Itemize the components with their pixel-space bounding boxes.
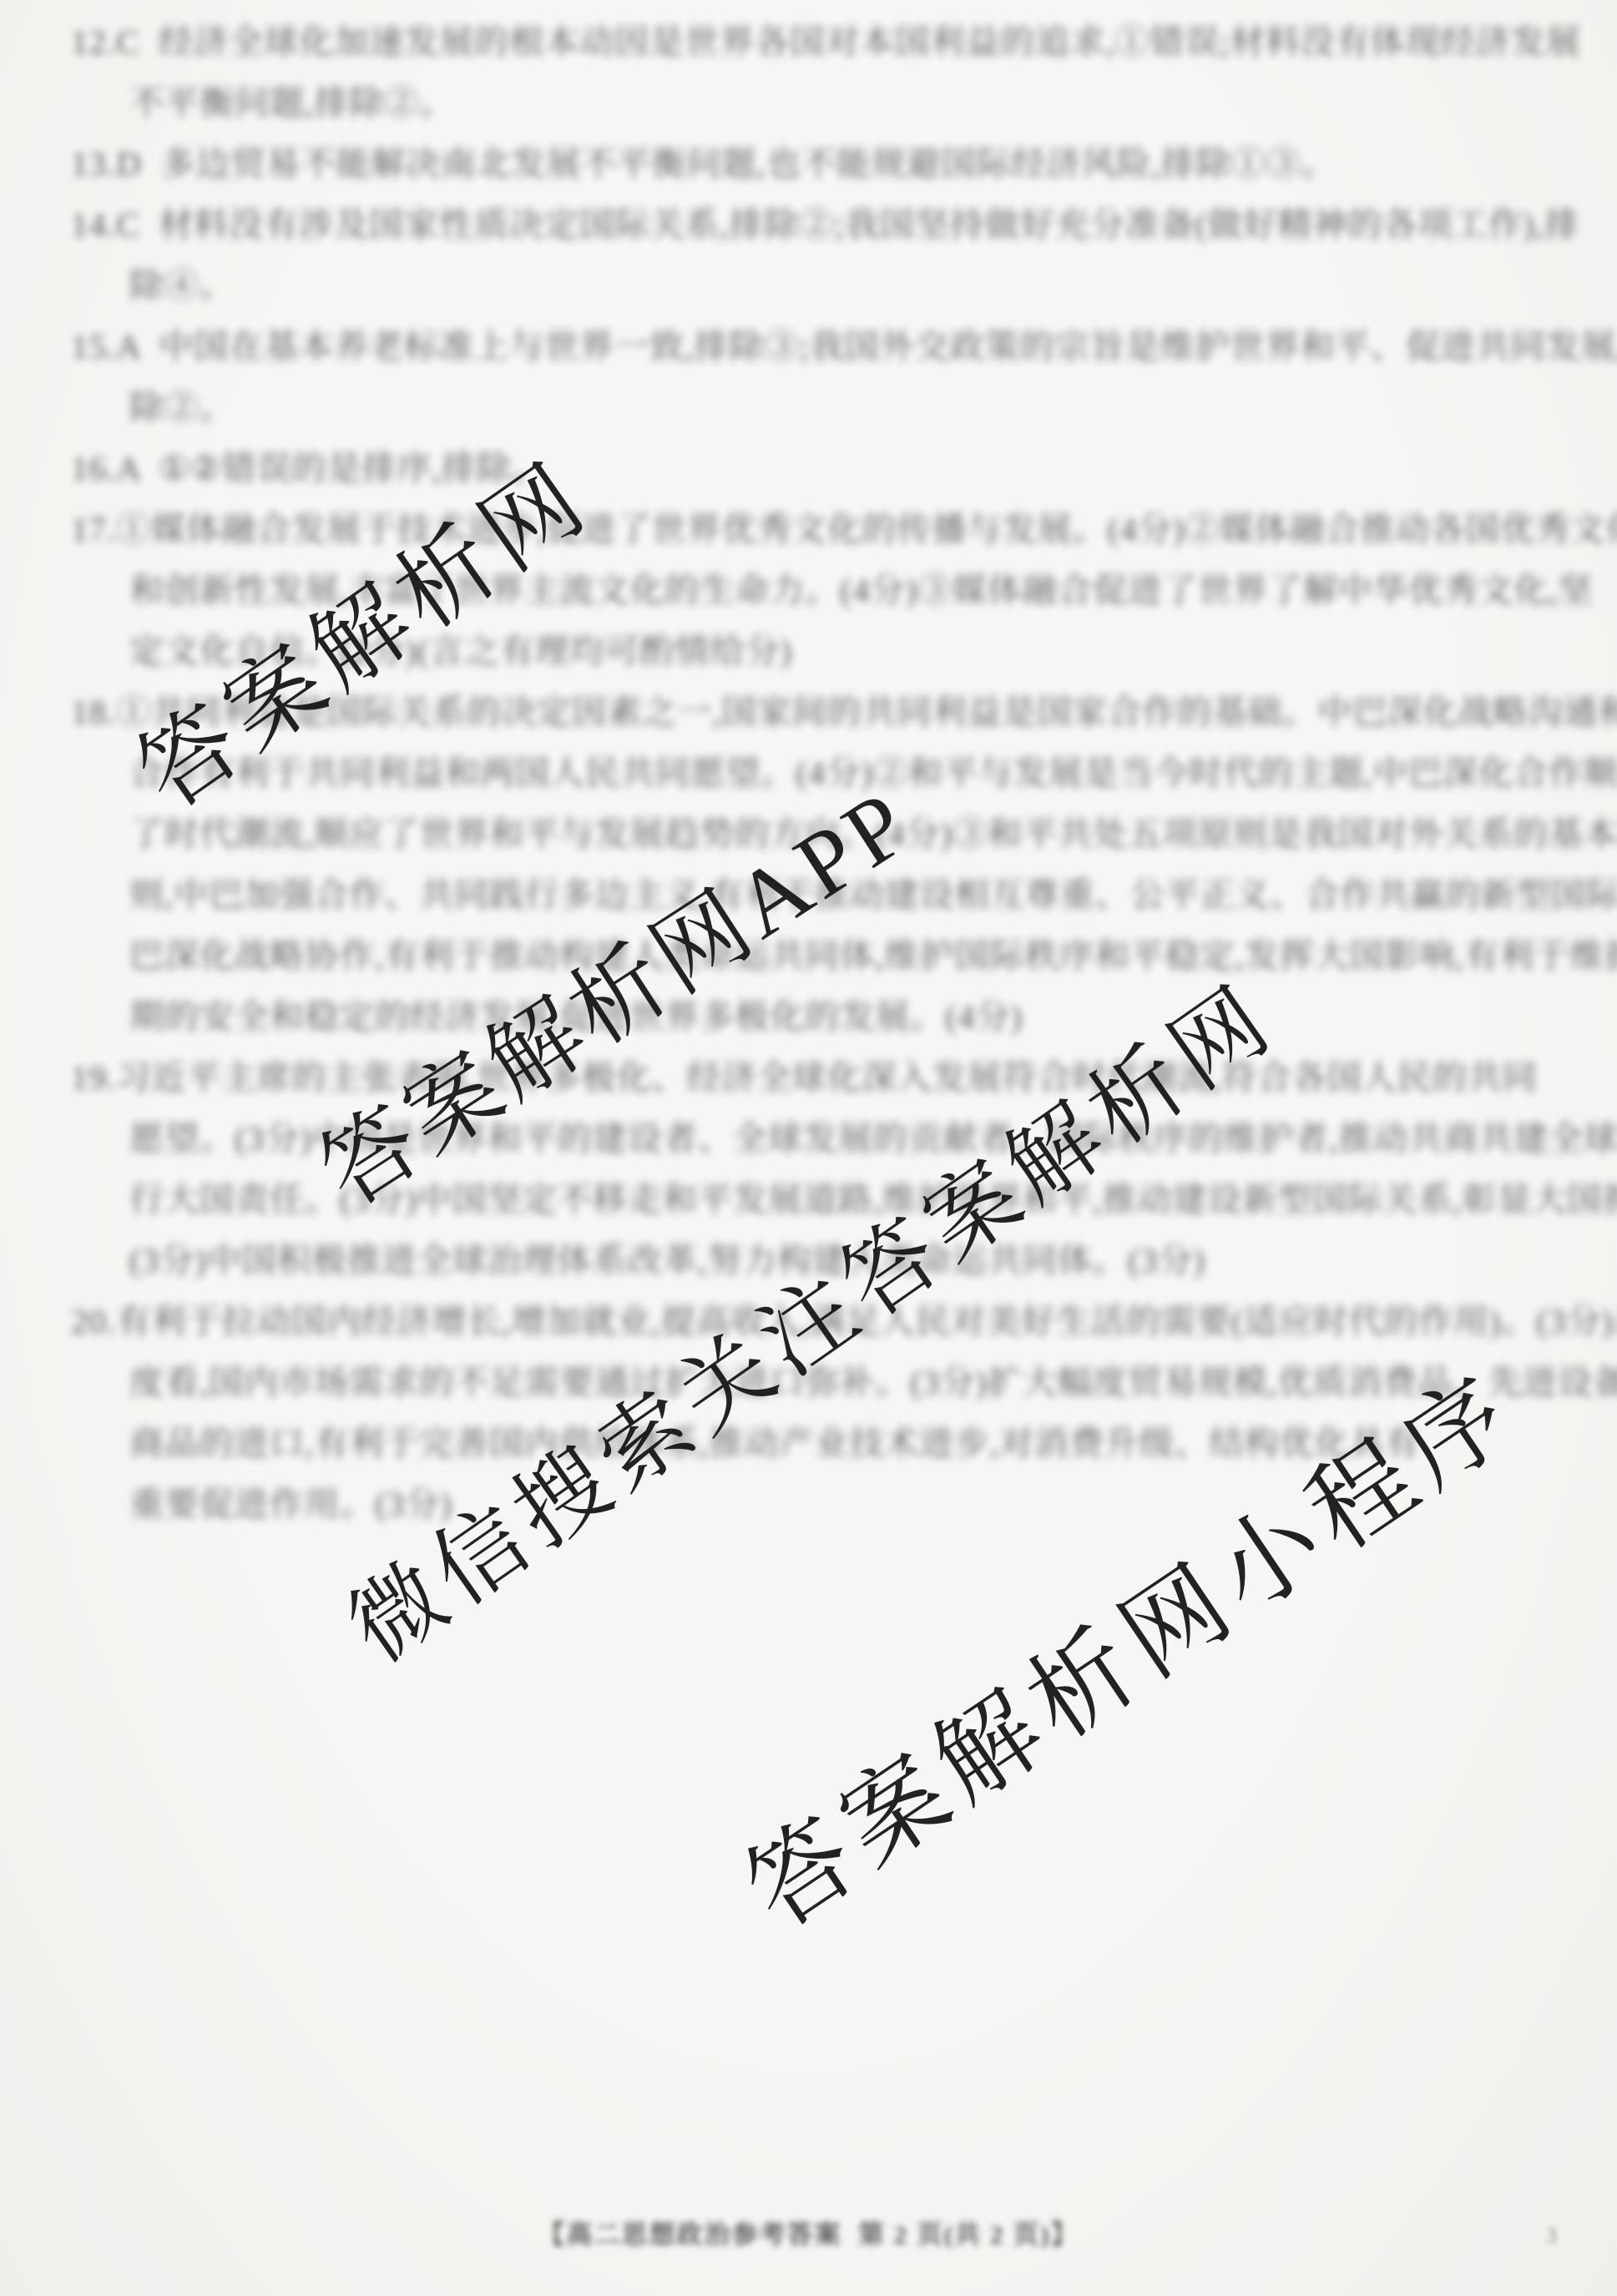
scanned-answer-key-page: 12.C 经济全球化加速发展的根本动因是世界各国对本国利益的追求,①错误;材料没… [0, 0, 1617, 2296]
answer-line: 合作有利于共同利益和两国人民共同愿望。(4分)②和平与发展是当今时代的主题,中巴… [0, 743, 1617, 804]
page-corner-mark: 3 [1546, 2223, 1557, 2248]
answer-line: 13.D 多边贸易不能解决南北发展不平衡问题,也不能规避国际经济风险,排除①③。 [0, 134, 1617, 194]
answer-line: 14.C 材料没有涉及国家性质决定国际关系,排除②;我国坚持做好充分准备(做好精… [0, 194, 1617, 255]
answer-line: 16.A ①②错误的是排序,排除。 [0, 438, 1617, 499]
answer-line: 巴深化战略协作,有利于推动构建人类命运共同体,维护国际秩序和平稳定,发挥大国影响… [0, 926, 1617, 987]
answer-line: 定文化自信。(2分)(言之有理均可酌情给分) [0, 621, 1617, 682]
page-footer: 【高二思想政治参考答案 第 2 页(共 2 页)】 [0, 2213, 1617, 2251]
answer-line: 了时代潮流,顺应了世界和平与发展趋势的方向。(4分)③和平共处五项原则是我国对外… [0, 804, 1617, 865]
answer-line: 则,中巴加强合作、共同践行多边主义,有利于推动建设相互尊重、公平正义、合作共赢的… [0, 865, 1617, 926]
answer-key: 12.C 经济全球化加速发展的根本动因是世界各国对本国利益的追求,①错误;材料没… [0, 12, 1617, 1535]
answer-line: 除④。 [0, 255, 1617, 316]
answer-line: 期的安全和稳定的经济发展,促进世界多极化的发展。(4分) [0, 987, 1617, 1047]
answer-line: 重要促进作用。(3分) [0, 1474, 1617, 1535]
answer-line: 除②。 [0, 377, 1617, 438]
answer-line: 17.①媒体融合发展于技术进步,促进了世界优秀文化的传播与发展。(4分)②媒体融… [0, 499, 1617, 560]
answer-line: 15.A 中国在基本养老标准上与世界一致,排除③;我国外交政策的宗旨是维护世界和… [0, 316, 1617, 377]
answer-line: 愿望。(3分)中国是世界和平的建设者、全球发展的贡献者、国际秩序的维护者,推动共… [0, 1108, 1617, 1169]
answer-line: (3分)中国积极推进全球治理体系改革,努力构建人类命运共同体。(3分) [0, 1230, 1617, 1291]
answer-line: 18.①共同利益是国际关系的决定因素之一,国家间的共同利益是国家合作的基础。中巴… [0, 682, 1617, 743]
answer-line: 不平衡问题,排除②。 [0, 73, 1617, 134]
answer-line: 19.习近平主席的主张表明,世界多极化、经济全球化深入发展符合时代潮流,符合各国… [0, 1047, 1617, 1108]
answer-line: 和创新性发展,丰富了世界主流文化的生命力。(4分)③媒体融合促进了世界了解中华优… [0, 560, 1617, 621]
answer-line: 12.C 经济全球化加速发展的根本动因是世界各国对本国利益的追求,①错误;材料没… [0, 12, 1617, 73]
answer-line: 商品的进口,有利于完善国内供给体系,推动产业技术进步,对消费升级、结构优化具有 [0, 1413, 1617, 1474]
answer-line: 度看,国内市场需求的不足需要通过扩大进口弥补。(3分)扩大幅度贸易规模,优质消费… [0, 1352, 1617, 1413]
answer-line: 行大国责任。(3分)中国坚定不移走和平发展道路,维护世界和平,推动建设新型国际关… [0, 1169, 1617, 1230]
answer-line: 20.有利于拉动国内经济增长,增加就业,提高收入,满足人民对美好生活的需要(适应… [0, 1291, 1617, 1352]
